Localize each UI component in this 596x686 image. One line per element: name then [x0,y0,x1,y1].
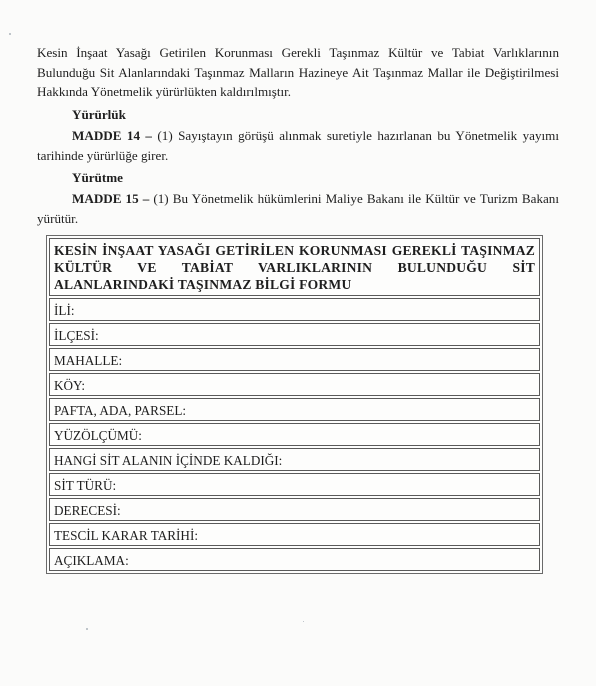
scan-speck [303,621,304,622]
form-field-tescil-karar-tarihi[interactable]: TESCİL KARAR TARİHİ: [49,523,540,546]
field-label: HANGİ SİT ALANIN İÇİNDE KALDIĞI: [54,453,282,468]
form-field-mahalle[interactable]: MAHALLE: [49,348,540,371]
form-field-sit-alani[interactable]: HANGİ SİT ALANIN İÇİNDE KALDIĞI: [49,448,540,471]
form-title: KESİN İNŞAAT YASAĞI GETİRİLEN KORUNMASI … [49,238,540,296]
form-field-sit-turu[interactable]: SİT TÜRÜ: [49,473,540,496]
field-label: KÖY: [54,378,85,393]
form-field-yuzolcumu[interactable]: YÜZÖLÇÜMÜ: [49,423,540,446]
article-14: MADDE 14 – (1) Sayıştayın görüşü alınmak… [37,126,559,165]
field-label: DERECESİ: [54,503,121,518]
field-label: İLİ: [54,303,75,318]
field-label: İLÇESİ: [54,328,99,343]
form-field-aciklama[interactable]: AÇIKLAMA: [49,548,540,571]
form-field-il[interactable]: İLİ: [49,298,540,321]
property-info-form: KESİN İNŞAAT YASAĞI GETİRİLEN KORUNMASI … [46,235,543,574]
article-15: MADDE 15 – (1) Bu Yönetmelik hükümlerini… [37,189,559,228]
form-field-ilce[interactable]: İLÇESİ: [49,323,540,346]
scanned-page: Kesin İnşaat Yasağı Getirilen Korunması … [0,0,596,686]
article-label: MADDE 15 – [72,191,149,206]
section-heading-yururluk: Yürürlük [72,107,126,123]
field-label: MAHALLE: [54,353,122,368]
field-label: AÇIKLAMA: [54,553,129,568]
form-field-koy[interactable]: KÖY: [49,373,540,396]
article-label: MADDE 14 – [72,128,152,143]
field-label: TESCİL KARAR TARİHİ: [54,528,198,543]
form-field-pafta-ada-parsel[interactable]: PAFTA, ADA, PARSEL: [49,398,540,421]
scan-speck [86,628,88,630]
scan-speck [9,33,11,35]
field-label: SİT TÜRÜ: [54,478,116,493]
intro-paragraph: Kesin İnşaat Yasağı Getirilen Korunması … [37,43,559,102]
section-heading-yurutme: Yürütme [72,170,123,186]
field-label: PAFTA, ADA, PARSEL: [54,403,186,418]
form-field-derecesi[interactable]: DERECESİ: [49,498,540,521]
field-label: YÜZÖLÇÜMÜ: [54,428,142,443]
